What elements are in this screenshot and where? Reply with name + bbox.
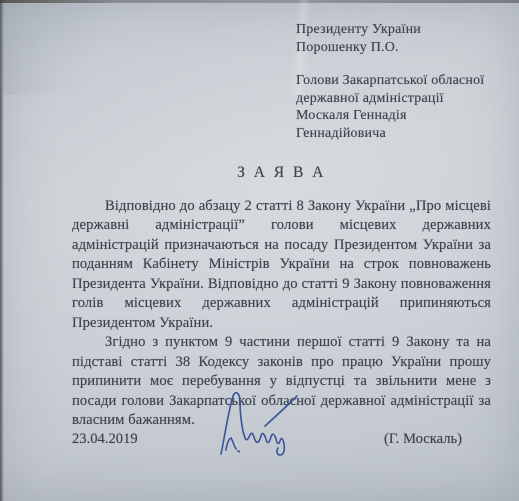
sender-line: державної адміністрації xyxy=(296,90,484,108)
sender-line: Голови Закарпатської обласної xyxy=(296,72,484,90)
document-photo: Президенту України Порошенку П.О. Голови… xyxy=(0,0,519,501)
addressee-block: Президенту України Порошенку П.О. xyxy=(296,21,421,56)
handwritten-signature-icon xyxy=(200,390,335,472)
sender-block: Голови Закарпатської обласної державної … xyxy=(296,72,484,142)
paragraph-1: Відповідно до абзацу 2 статті 8 Закону У… xyxy=(72,197,491,333)
photo-left-edge xyxy=(0,0,4,501)
paper-crease xyxy=(0,0,210,95)
addressee-line: Порошенку П.О. xyxy=(296,39,421,57)
photo-top-edge xyxy=(0,0,519,3)
sender-line: Геннадійовича xyxy=(296,125,484,143)
document-title: З А Я В А xyxy=(72,164,491,182)
signer-name: (Г. Москаль) xyxy=(384,431,462,448)
addressee-line: Президенту України xyxy=(296,21,421,39)
sender-line: Москаля Геннадія xyxy=(296,107,484,125)
document-date: 23.04.2019 xyxy=(72,431,138,448)
